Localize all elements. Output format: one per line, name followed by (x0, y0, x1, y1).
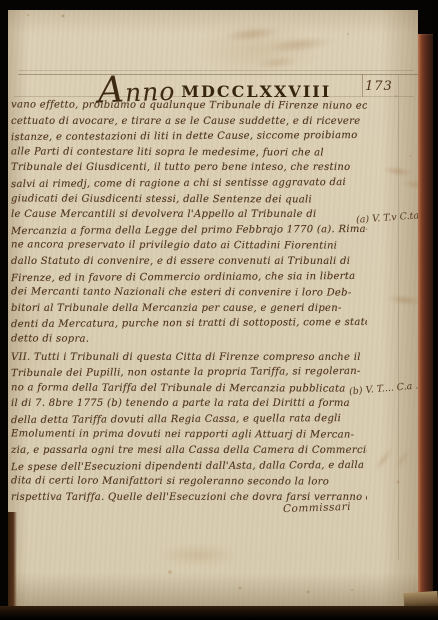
manuscript-photo: AnnoMDCCLXXVIII 173 vano effetto, proibi… (0, 0, 438, 620)
manuscript-line: le Cause Mercantili si devolvera l'Appel… (11, 207, 367, 223)
manuscript-line: vano effetto, proibiamo a qualunque Trib… (11, 98, 367, 114)
manuscript-line: istanze, e contestazioni di liti in dett… (11, 128, 367, 146)
book-fore-edge-binding (418, 34, 433, 612)
manuscript-text-block: vano effetto, proibiamo a qualunque Trib… (11, 98, 367, 505)
book-spine-edge (8, 512, 17, 612)
manuscript-line: salvi ai rimedj, come di ragione a chi s… (11, 175, 367, 193)
manuscript-line: giudicati dei Giusdicenti stessi, dalle … (11, 191, 367, 208)
manuscript-line: bitori al Tribunale della Mercanzia per … (11, 301, 367, 317)
manuscript-line: dallo Statuto di convenire, e di essere … (11, 254, 367, 270)
manuscript-line: detto di sopra. (11, 331, 367, 348)
manuscript-page: AnnoMDCCLXXVIII 173 vano effetto, proibi… (8, 10, 418, 608)
ruled-line-folio-left (362, 74, 363, 97)
manuscript-line: no a forma della Tariffa del Tribunale d… (11, 380, 367, 397)
manuscript-line: Firenze, ed in favore di Commercio ordin… (11, 268, 367, 286)
manuscript-line: Tribunale dei Giusdicenti, il tutto pero… (11, 160, 367, 176)
catchword: Commissari (283, 501, 351, 515)
manuscript-line: alle Parti di contestare liti sopra le m… (11, 144, 367, 161)
manuscript-line: dei Mercanti tanto Nazionali che esteri … (11, 285, 367, 302)
manuscript-line: ne ancora preservato il privilegio dato … (11, 238, 367, 255)
background-edge (433, 0, 438, 620)
manuscript-line: cettuato di avocare, e tirare a se le Ca… (11, 114, 367, 130)
manuscript-line: denti da Mercatura, purche non si tratti… (11, 315, 367, 333)
manuscript-line-paragraph-vii: VII. Tutti i Tribunali di questa Citta d… (11, 350, 367, 366)
manuscript-line: il di 7. 8bre 1775 (b) tenendo a parte l… (11, 396, 367, 412)
folio-number: 173 (365, 79, 393, 94)
book-bottom-edge (0, 606, 438, 620)
manuscript-line: Tribunale dei Pupilli, non ostante la pr… (11, 364, 367, 382)
manuscript-line: zia, e passarla ogni tre mesi alla Cassa… (11, 443, 367, 459)
manuscript-line: dita di certi loro Manifattori si regole… (11, 474, 367, 491)
manuscript-line: Emolumenti in prima dovuti nei rapporti … (11, 427, 367, 444)
